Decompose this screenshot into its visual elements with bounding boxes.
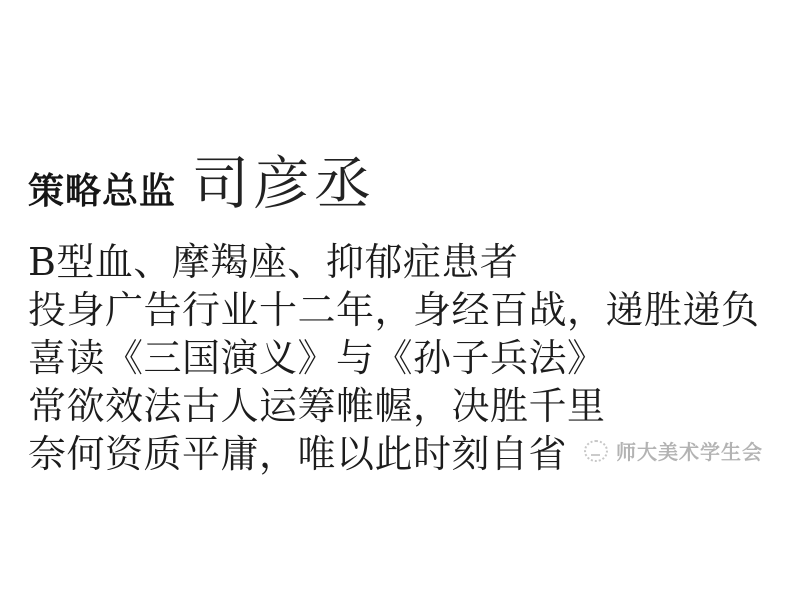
bio-line: B型血、摩羯座、抑郁症患者	[28, 238, 788, 286]
bio-line: 常欲效法古人运筹帷幄，决胜千里	[28, 382, 788, 430]
bio-line: 喜读《三国演义》与《孙子兵法》	[28, 334, 788, 382]
watermark-text: 师大美术学生会	[616, 436, 763, 465]
slide-page: 策略总监 司彦丞 B型血、摩羯座、抑郁症患者 投身广告行业十二年，身经百战，递胜…	[0, 0, 800, 600]
job-title: 策略总监	[28, 163, 176, 214]
seal-logo-icon	[584, 440, 608, 462]
person-name: 司彦丞	[192, 138, 375, 220]
title-row: 策略总监 司彦丞	[28, 138, 375, 220]
watermark: 师大美术学生会	[584, 436, 763, 465]
bio-line: 投身广告行业十二年，身经百战，递胜递负	[28, 286, 788, 334]
